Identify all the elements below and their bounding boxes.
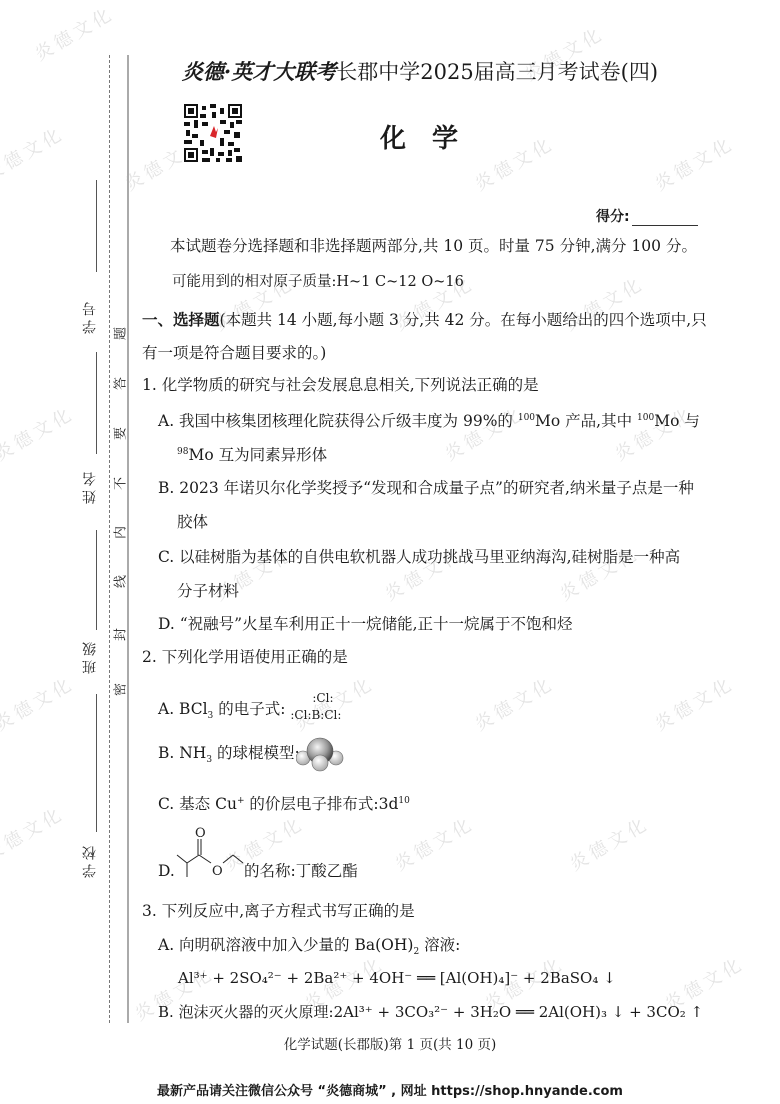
seal-char: 答 — [110, 377, 129, 391]
class-label: 班级 — [80, 638, 100, 674]
qr-code-icon[interactable] — [184, 104, 242, 162]
ester-skeletal-structure-icon: O O — [175, 825, 245, 885]
school-label: 学校 — [80, 842, 100, 878]
seal-char: 内 — [110, 526, 129, 540]
brand-name: 炎德·英才大联考 — [182, 59, 336, 84]
watermark: 炎德文化 — [29, 0, 118, 66]
watermark: 炎德文化 — [0, 670, 79, 737]
seal-char: 密 — [110, 683, 129, 697]
exam-title: 炎德·英才大联考长郡中学2025届高三月考试卷(四) — [160, 56, 680, 86]
school-underline — [96, 694, 97, 832]
score-field[interactable]: 得分: — [596, 206, 698, 226]
watermark: 炎德文化 — [564, 810, 653, 877]
question-3-option-a: A. 向明矾溶液中加入少量的 Ba(OH)2 溶液: — [158, 935, 460, 962]
student-id-label: 学号 — [80, 298, 100, 334]
option-text: A. 我国中核集团核理化院获得公斤级丰度为 99%的 — [158, 412, 518, 430]
name-underline — [96, 352, 97, 454]
option-text: 的球棍模型: — [212, 744, 300, 762]
subject-title: 化学 — [380, 118, 484, 155]
seal-char: 要 — [110, 427, 129, 441]
question-2-option-a: A. BCl3 的电子式: :Cl: :Cl:B:Cl: — [158, 692, 360, 728]
option-text: 的价层电子排布式:3d — [244, 795, 398, 813]
student-id-underline — [96, 180, 97, 272]
electron-count: 10 — [398, 796, 409, 806]
option-text: Mo 产品,其中 — [535, 412, 637, 430]
watermark: 炎德文化 — [469, 670, 558, 737]
question-1-option-d: D. “祝融号”火星车利用正十一烷储能,正十一烷属于不饱和烃 — [158, 614, 573, 634]
name-label: 姓名 — [80, 468, 100, 504]
question-2-option-b: B. NH3 的球棍模型: — [158, 743, 300, 770]
lewis-middle: :Cl:B:Cl: — [290, 705, 341, 725]
option-text: A. 向明矾溶液中加入少量的 Ba(OH) — [158, 936, 413, 954]
intro-line-2: 可能用到的相对原子质量:H~1 C~12 O~16 — [172, 272, 464, 292]
question-3-option-a-equation: Al³⁺ + 2SO₄²⁻ + 2Ba²⁺ + 4OH⁻ ══ [Al(OH)₄… — [178, 968, 616, 988]
score-label: 得分: — [596, 209, 630, 225]
seal-char: 线 — [110, 575, 129, 589]
nh3-ball-stick-model-icon — [296, 736, 344, 772]
section-1-desc-2: 有一项是符合题目要求的。) — [142, 343, 326, 363]
watermark: 炎德文化 — [0, 120, 69, 187]
option-text: Mo 互为同素异形体 — [188, 446, 327, 464]
question-2-stem: 2. 下列化学用语使用正确的是 — [142, 647, 348, 667]
section-1-title: 一、选择题 — [142, 311, 220, 329]
question-1-option-c: C. 以硅树脂为基体的自供电软机器人成功挑战马里亚纳海沟,硅树脂是一种高 — [158, 547, 680, 567]
mass-number: 100 — [518, 413, 535, 423]
seal-char: 封 — [110, 628, 129, 642]
watermark: 炎德文化 — [0, 400, 79, 467]
option-text: 的电子式: — [213, 700, 285, 718]
seal-char: 题 — [110, 327, 129, 341]
watermark: 炎德文化 — [389, 810, 478, 877]
watermark: 炎德文化 — [649, 130, 738, 197]
score-blank[interactable] — [632, 211, 698, 226]
option-text: B. NH — [158, 744, 206, 762]
option-text: 溶液: — [419, 936, 460, 954]
option-text: C. 基态 Cu — [158, 795, 237, 813]
question-1-stem: 1. 化学物质的研究与社会发展息息相关,下列说法正确的是 — [142, 375, 539, 395]
intro-line-1: 本试题卷分选择题和非选择题两部分,共 10 页。时量 75 分钟,满分 100 … — [170, 236, 697, 256]
question-3-option-b: B. 泡沫灭火器的灭火原理:2Al³⁺ + 3CO₃²⁻ + 3H₂O ══ 2… — [158, 1002, 703, 1022]
promo-footer: 最新产品请关注微信公众号 “炎德商城” , 网址 https://shop.hn… — [0, 1080, 780, 1099]
question-2-option-d: D. — [158, 861, 175, 881]
svg-text:O: O — [195, 826, 206, 841]
question-2-option-c: C. 基态 Cu+ 的价层电子排布式:3d10 — [158, 791, 410, 814]
svg-text:O: O — [212, 864, 223, 879]
question-3-stem: 3. 下列反应中,离子方程式书写正确的是 — [142, 901, 415, 921]
seal-char: 不 — [110, 477, 129, 491]
page-footer: 化学试题(长郡版)第 1 页(共 10 页) — [0, 1033, 780, 1053]
option-text: Mo 与 — [654, 412, 700, 430]
watermark: 炎德文化 — [649, 670, 738, 737]
question-1-option-a-cont: 98Mo 互为同素异形体 — [177, 442, 327, 465]
bcl3-lewis-structure: :Cl: :Cl:B:Cl: — [290, 692, 360, 728]
class-underline — [96, 530, 97, 630]
mass-number: 100 — [637, 413, 654, 423]
section-1-heading: 一、选择题(本题共 14 小题,每小题 3 分,共 42 分。在每小题给出的四个… — [142, 310, 707, 330]
question-1-option-b-cont: 胶体 — [177, 512, 208, 532]
question-1-option-c-cont: 分子材料 — [177, 581, 239, 601]
watermark: 炎德文化 — [0, 800, 69, 867]
question-2-option-d-text: 的名称:丁酸乙酯 — [244, 861, 358, 881]
question-1-option-b: B. 2023 年诺贝尔化学奖授予“发现和合成量子点”的研究者,纳米量子点是一种 — [158, 478, 694, 498]
mass-number: 98 — [177, 447, 188, 457]
question-1-option-a: A. 我国中核集团核理化院获得公斤级丰度为 99%的 100Mo 产品,其中 1… — [158, 408, 700, 431]
option-label: D. — [158, 862, 175, 880]
exam-name: 长郡中学2025届高三月考试卷(四) — [336, 60, 658, 84]
option-text: A. BCl — [158, 700, 208, 718]
section-1-desc: (本题共 14 小题,每小题 3 分,共 42 分。在每小题给出的四个选项中,只 — [220, 311, 707, 329]
